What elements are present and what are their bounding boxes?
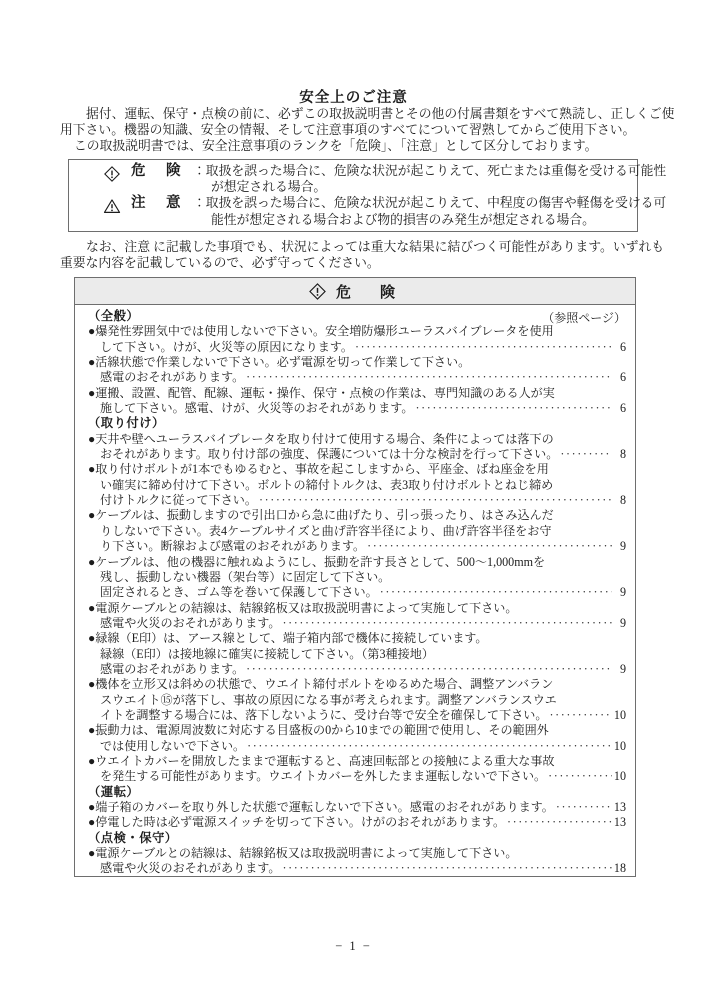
danger-item-text: 感電のおそれがあります。 <box>100 662 244 677</box>
danger-item-line: ●ケーブルは、振動しますので引出口から急に曲げたり、引っ張ったり、はさみ込んだ <box>88 508 626 523</box>
reference-page-number: 9 <box>612 662 626 677</box>
reference-page-number: 9 <box>612 585 626 600</box>
danger-item-line: イトを調整する場合には、落下しないように、受け台等で安全を確保して下さい。···… <box>88 708 626 723</box>
danger-item-line: おそれがあります。取り付け部の強度、保護については十分な検討を行って下さい。··… <box>88 447 626 462</box>
dot-leader: ········································… <box>280 616 612 631</box>
danger-item-line: 施して下さい。感電、けが、火災等のおそれがあります。··············… <box>88 401 626 416</box>
reference-page-number: 9 <box>612 616 626 631</box>
dot-leader: ········································… <box>505 815 612 830</box>
dot-leader: ········································… <box>244 370 612 385</box>
danger-box: 危 険 （参照ページ） （全般）●爆発性雰囲気中では使用しないで下さい。安全増防… <box>74 277 636 877</box>
danger-item-line: ●機体を立形又は斜めの状態で、ウエイト締付ボルトをゆるめた場合、調整アンバラン <box>88 677 626 692</box>
danger-item-text: 付けトルクに従って下さい。 <box>100 493 257 508</box>
danger-item-line: を発生する可能性があります。ウエイトカバーを外したまま運転しないで下さい。···… <box>88 769 626 784</box>
reference-page-number: 18 <box>612 861 626 876</box>
section-heading: （取り付け） <box>88 416 626 431</box>
intro-line: 据付、運転、保守・点検の前に、必ずこの取扱説明書とその他の付属書類をすべて熟読し… <box>60 106 652 122</box>
danger-item-line: ●ウエイトカバーを開放したままで運転すると、高速回転部との接触による重大な事故 <box>88 754 626 769</box>
dot-leader: ········································… <box>244 662 612 677</box>
dot-leader: ········································… <box>257 493 612 508</box>
danger-item-text: 感電のおそれがあります。 <box>100 370 244 385</box>
danger-item-text: り下さい。断線および感電のおそれがあります。 <box>100 539 365 554</box>
dot-leader: ········································… <box>558 447 612 462</box>
reference-page-number: 13 <box>612 815 626 830</box>
caution-definition-text: ：取扱を誤った場合に、危険な状況が起こりえて、中程度の傷害や軽傷を受ける可 能性… <box>193 195 637 227</box>
danger-item-text: 感電や火災のおそれがあります。 <box>100 616 280 631</box>
definition-line: 能性が想定される場合および物的損害のみ発生が想定される場合。 <box>193 212 637 228</box>
danger-item-text: ●停電した時は必ず電源スイッチを切って下さい。けがのおそれがあります。 <box>88 815 505 830</box>
section-heading: （運転） <box>88 785 626 800</box>
danger-item-line: 残し、振動しない機器（架台等）に固定して下さい。 <box>88 570 626 585</box>
caution-definition-row: 注 意 ：取扱を誤った場合に、危険な状況が起こりえて、中程度の傷害や軽傷を受ける… <box>69 195 637 227</box>
danger-item-line: 感電や火災のおそれがあります。·························… <box>88 861 626 876</box>
danger-item-text: して下さい。けが、火災等の原因になります。 <box>100 340 353 355</box>
reference-page-number: 10 <box>612 769 626 784</box>
danger-item-line: ●ケーブルは、他の機器に触れぬようにし、振動を許す長さとして、500〜1,000… <box>88 555 626 570</box>
dot-leader: ········································… <box>378 585 612 600</box>
triangle-exclamation-icon <box>103 195 123 215</box>
dot-leader: ········································… <box>413 401 612 416</box>
danger-item-line: 付けトルクに従って下さい。···························… <box>88 493 626 508</box>
section-heading: （点検・保守） <box>88 831 626 846</box>
danger-item-line: い確実に締め付けて下さい。ボルトの締付トルクは、表3取り付けボルトとねじ締め <box>88 478 626 493</box>
dot-leader: ········································… <box>353 340 612 355</box>
danger-item-line: ●停電した時は必ず電源スイッチを切って下さい。けがのおそれがあります。·····… <box>88 815 626 830</box>
danger-item-text: イトを調整する場合には、落下しないように、受け台等で安全を確保して下さい。 <box>100 708 547 723</box>
danger-definition-text: ：取扱を誤った場合に、危険な状況が起こりえて、死亡または重傷を受ける可能性 が想… <box>193 163 637 195</box>
danger-item-text: では使用しないで下さい。 <box>100 739 245 754</box>
page-number: − 1 − <box>0 939 707 954</box>
diamond-exclamation-icon <box>308 282 327 301</box>
danger-item-line: ●爆発性雰囲気中では使用しないで下さい。安全増防爆形ユーラスバイブレータを使用 <box>88 324 626 339</box>
reference-page-number: 9 <box>612 539 626 554</box>
reference-page-number: 6 <box>612 340 626 355</box>
danger-item-line: ●電源ケーブルとの結線は、結線銘板又は取扱説明書によって実施して下さい。 <box>88 601 626 616</box>
definition-line: が想定される場合。 <box>193 179 637 195</box>
dot-leader: ········································… <box>245 739 612 754</box>
danger-item-line: ●活線状態で作業しないで下さい。必ず電源を切って作業して下さい。 <box>88 355 626 370</box>
danger-label: 危 険 <box>131 163 193 179</box>
danger-item-text: 固定されるとき、ゴム等を巻いて保護して下さい。 <box>100 585 378 600</box>
danger-item-line: ●端子箱のカバーを取り外した状態で運転しないで下さい。感電のおそれがあります。·… <box>88 800 626 815</box>
danger-item-line: ●運搬、設置、配管、配線、運転・操作、保守・点検の作業は、専門知識のある人が実 <box>88 386 626 401</box>
danger-item-text: おそれがあります。取り付け部の強度、保護については十分な検討を行って下さい。 <box>100 447 558 462</box>
dot-leader: ········································… <box>280 861 612 876</box>
reference-page-number: 13 <box>612 800 626 815</box>
reference-page-number: 6 <box>612 370 626 385</box>
intro-paragraph: 据付、運転、保守・点検の前に、必ずこの取扱説明書とその他の付属書類をすべて熟読し… <box>60 106 652 155</box>
page-title: 安全上のご注意 <box>0 86 707 107</box>
danger-item-line: ●取り付けボルトが1本でもゆるむと、事故を起こしますから、平座金、ばね座金を用 <box>88 462 626 477</box>
diamond-exclamation-icon <box>103 163 123 183</box>
danger-item-line: り下さい。断線および感電のおそれがあります。··················… <box>88 539 626 554</box>
intro-line: 用下さい。機器の知識、安全の情報、そして注意事項のすべてについて習熟してからご使… <box>60 122 652 138</box>
note-line: なお、注意 に記載した事項でも、状況によっては重大な結果に結びつく可能性がありま… <box>60 239 652 255</box>
danger-item-line: ●振動力は、電源周波数に対応する目盛板の0から10までの範囲で使用し、その範囲外 <box>88 723 626 738</box>
section-heading: （全般） <box>88 309 626 324</box>
dot-leader: ········································… <box>546 769 612 784</box>
danger-item-text: ●端子箱のカバーを取り外した状態で運転しないで下さい。感電のおそれがあります。 <box>88 800 554 815</box>
manual-page: { "page": { "title": "安全上のご注意", "footer"… <box>0 0 707 1000</box>
danger-item-line: ●電源ケーブルとの結線は、結線銘板又は取扱説明書によって実施して下さい。 <box>88 846 626 861</box>
rank-definition-box: 危 険 ：取扱を誤った場合に、危険な状況が起こりえて、死亡または重傷を受ける可能… <box>68 159 638 232</box>
danger-item-text: 施して下さい。感電、けが、火災等のおそれがあります。 <box>100 401 413 416</box>
danger-item-line: りしないで下さい。表4ケーブルサイズと曲げ許容半径により、曲げ許容半径をお守 <box>88 524 626 539</box>
reference-page-number: 6 <box>612 401 626 416</box>
reference-page-number: 8 <box>612 493 626 508</box>
danger-item-text: 感電や火災のおそれがあります。 <box>100 861 280 876</box>
dot-leader: ········································… <box>547 708 612 723</box>
definition-line: ：取扱を誤った場合に、危険な状況が起こりえて、中程度の傷害や軽傷を受ける可 <box>193 195 637 211</box>
danger-box-title: 危 険 <box>336 281 402 302</box>
danger-item-line: 感電のおそれがあります。····························… <box>88 662 626 677</box>
danger-item-line: ●天井や壁へユーラスバイブレータを取り付けて使用する場合、条件によっては落下の <box>88 432 626 447</box>
danger-item-text: を発生する可能性があります。ウエイトカバーを外したまま運転しないで下さい。 <box>100 769 546 784</box>
danger-definition-row: 危 険 ：取扱を誤った場合に、危険な状況が起こりえて、死亡または重傷を受ける可能… <box>69 163 637 195</box>
danger-box-header: 危 険 <box>75 278 635 305</box>
danger-item-line: では使用しないで下さい。····························… <box>88 739 626 754</box>
danger-item-line: して下さい。けが、火災等の原因になります。···················… <box>88 340 626 355</box>
note-paragraph: なお、注意 に記載した事項でも、状況によっては重大な結果に結びつく可能性がありま… <box>60 239 652 271</box>
intro-line: この取扱説明書では、安全注意事項のランクを「危険」、「注意」として区分しておりま… <box>60 138 652 154</box>
danger-item-line: 緑線（E印）は接地線に確実に接続して下さい。（第3種接地） <box>88 647 626 662</box>
caution-label: 注 意 <box>131 195 193 211</box>
reference-page-number: 8 <box>612 447 626 462</box>
danger-item-line: 感電や火災のおそれがあります。·························… <box>88 616 626 631</box>
definition-line: ：取扱を誤った場合に、危険な状況が起こりえて、死亡または重傷を受ける可能性 <box>193 163 637 179</box>
dot-leader: ········································… <box>365 539 612 554</box>
danger-box-content: （全般）●爆発性雰囲気中では使用しないで下さい。安全増防爆形ユーラスバイブレータ… <box>75 305 635 877</box>
reference-page-number: 10 <box>612 708 626 723</box>
danger-item-line: 固定されるとき、ゴム等を巻いて保護して下さい。·················… <box>88 585 626 600</box>
danger-item-line: ●緑線（E印）は、アース線として、端子箱内部で機体に接続しています。 <box>88 631 626 646</box>
reference-page-number: 10 <box>612 739 626 754</box>
note-line: 重要な内容を記載しているので、必ず守ってください。 <box>60 255 652 271</box>
dot-leader: ········································… <box>554 800 612 815</box>
danger-item-line: 感電のおそれがあります。····························… <box>88 370 626 385</box>
danger-item-line: スウエイト⑮が落下し、事故の原因になる事が考えられます。調整アンバランスウエ <box>88 693 626 708</box>
